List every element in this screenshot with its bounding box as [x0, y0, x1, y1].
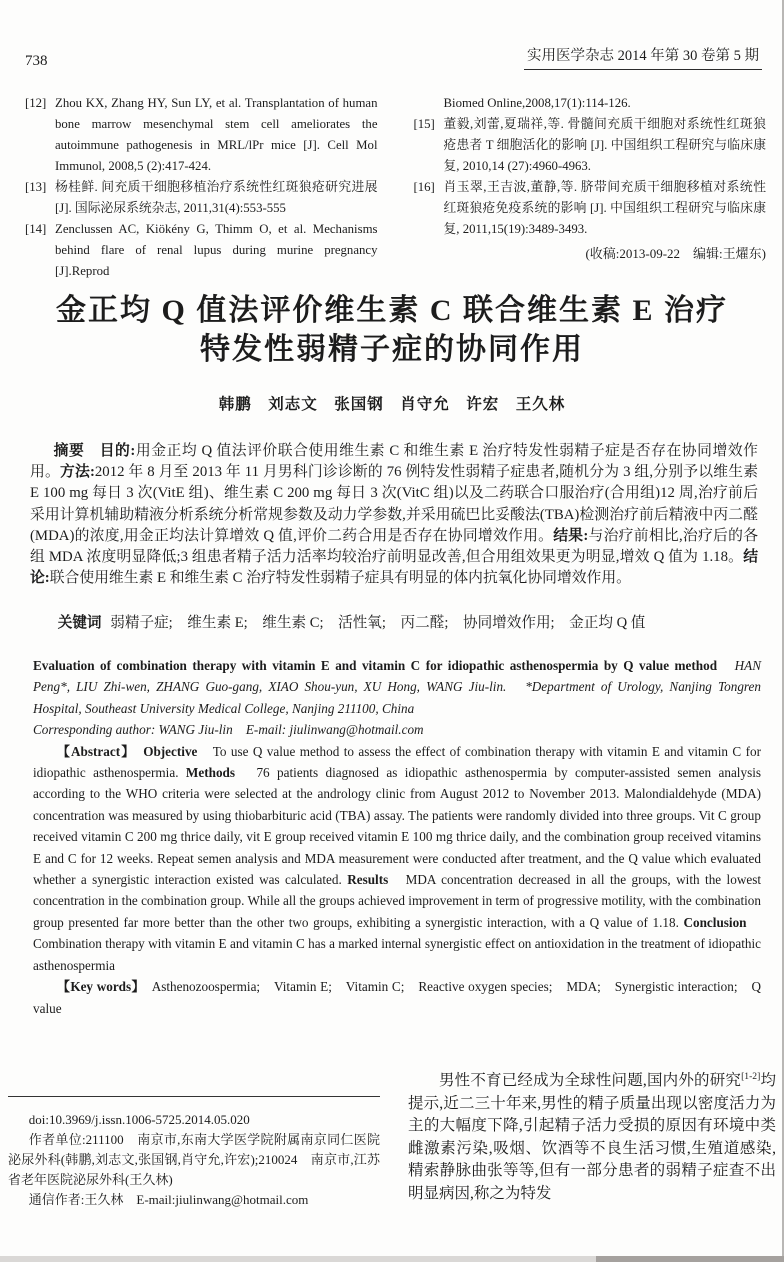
- introduction-paragraph: 男性不育已经成为全球性问题,国内外的研究[1-2]均提示,近二三十年来,男性的精…: [408, 1070, 776, 1206]
- english-title-and-authors: Evaluation of combination therapy with v…: [33, 655, 761, 719]
- first-page-footnote: doi:10.3969/j.issn.1006-5725.2014.05.020…: [8, 1096, 380, 1210]
- reference-item: [12] Zhou KX, Zhang HY, Sun LY, et al. T…: [25, 93, 378, 177]
- reference-item: [14] Zenclussen AC, Kiökény G, Thimm O, …: [25, 219, 378, 282]
- chinese-keywords-label: 关键词: [58, 615, 102, 631]
- page-header: 738 实用医学杂志 2014 年第 30 卷第 5 期: [25, 44, 762, 70]
- reference-number: [16]: [414, 177, 435, 198]
- journal-page: 738 实用医学杂志 2014 年第 30 卷第 5 期 [12] Zhou K…: [0, 0, 784, 1262]
- doi-line: doi:10.3969/j.issn.1006-5725.2014.05.020: [8, 1110, 380, 1130]
- chinese-keywords-list: 弱精子症; 维生素 E; 维生素 C; 活性氧; 丙二醛; 协同增效作用; 金正…: [102, 615, 646, 631]
- reference-text: Biomed Online,2008,17(1):114-126.: [444, 96, 631, 110]
- english-abstract-paragraph: 【Abstract】 Objective To use Q value meth…: [33, 741, 761, 976]
- page-number: 738: [25, 53, 48, 70]
- reference-item-continuation: Biomed Online,2008,17(1):114-126.: [414, 93, 767, 114]
- reference-text: Zenclussen AC, Kiökény G, Thimm O, et al…: [55, 222, 378, 278]
- reference-text: 杨桂鲜. 间充质干细胞移植治疗系统性红斑狼疮研究进展 [J]. 国际泌尿系统杂志…: [55, 180, 378, 215]
- references-right-column: Biomed Online,2008,17(1):114-126. [15] 董…: [414, 93, 767, 282]
- article-title-line-2: 特发性弱精子症的协同作用: [0, 330, 784, 369]
- corresponding-author-en: Corresponding author: WANG Jiu-lin E-mai…: [33, 719, 761, 740]
- scan-bottom-bar: [0, 1256, 784, 1262]
- reference-number: [14]: [25, 219, 46, 240]
- reference-item: [13] 杨桂鲜. 间充质干细胞移植治疗系统性红斑狼疮研究进展 [J]. 国际泌…: [25, 177, 378, 219]
- article-title-line-1: 金正均 Q 值法评价维生素 C 联合维生素 E 治疗: [0, 291, 784, 330]
- reference-number: [15]: [414, 114, 435, 135]
- author-affiliation: 作者单位:211100 南京市,东南大学医学院附属南京同仁医院泌尿外科(韩鹏,刘…: [8, 1130, 380, 1190]
- references-section: [12] Zhou KX, Zhang HY, Sun LY, et al. T…: [25, 93, 766, 282]
- reference-text: 董毅,刘蕾,夏瑞祥,等. 骨髓间充质干细胞对系统性红斑狼疮患者 T 细胞活化的影…: [444, 117, 767, 173]
- reference-item: [15] 董毅,刘蕾,夏瑞祥,等. 骨髓间充质干细胞对系统性红斑狼疮患者 T 细…: [414, 114, 767, 177]
- english-section: Evaluation of combination therapy with v…: [33, 655, 761, 1019]
- reference-number: [13]: [25, 177, 46, 198]
- chinese-keywords: 关键词弱精子症; 维生素 E; 维生素 C; 活性氧; 丙二醛; 协同增效作用;…: [30, 611, 758, 632]
- reference-number: [12]: [25, 93, 46, 114]
- english-keywords: 【Key words】Asthenozoospermia; Vitamin E;…: [33, 976, 761, 1019]
- received-editor-note: (收稿:2013-09-22 编辑:王燿东): [414, 243, 767, 264]
- reference-text: Zhou KX, Zhang HY, Sun LY, et al. Transp…: [55, 96, 378, 173]
- reference-text: 肖玉翠,王吉波,董静,等. 脐带间充质干细胞移植对系统性红斑狼疮免疫系统的影响 …: [444, 180, 767, 236]
- reference-item: [16] 肖玉翠,王吉波,董静,等. 脐带间充质干细胞移植对系统性红斑狼疮免疫系…: [414, 177, 767, 240]
- article-title: 金正均 Q 值法评价维生素 C 联合维生素 E 治疗 特发性弱精子症的协同作用: [0, 291, 784, 369]
- chinese-abstract-paragraph: 摘要 目的:用金正均 Q 值法评价联合使用维生素 C 和维生素 E 治疗特发性弱…: [30, 441, 758, 589]
- authors-line: 韩鹏 刘志文 张国钢 肖守允 许宏 王久林: [0, 392, 784, 414]
- corresponding-author-cn: 通信作者:王久林 E-mail:jiulinwang@hotmail.com: [8, 1190, 380, 1210]
- journal-title: 实用医学杂志 2014 年第 30 卷第 5 期: [524, 44, 762, 70]
- chinese-abstract: 摘要 目的:用金正均 Q 值法评价联合使用维生素 C 和维生素 E 治疗特发性弱…: [30, 441, 758, 589]
- references-left-column: [12] Zhou KX, Zhang HY, Sun LY, et al. T…: [25, 93, 378, 282]
- english-keywords-label: 【Key words】: [57, 979, 145, 994]
